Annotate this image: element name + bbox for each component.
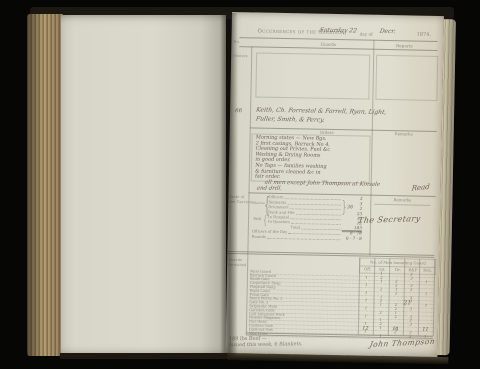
column-group-header: No. of Men mounting Guard	[370, 260, 426, 266]
handwritten-month: Decr.	[379, 28, 396, 35]
day-of-label: day of	[360, 31, 373, 36]
secretary-note: The Secretary	[357, 214, 421, 225]
names-line-2: Fuller, Smith, & Percy.	[255, 115, 325, 123]
pencil-notes: 189 lbs Beef — Issued this week, 6 Blank…	[229, 336, 303, 348]
book-gutter-shadow	[220, 13, 238, 357]
photo-of-ledger: { "header": { "title": "Occurrences of t…	[0, 0, 480, 369]
total-cell: 11	[418, 327, 433, 335]
left-page-bottom-shadow	[60, 353, 228, 359]
extra-rows: Officers of the Day8 · 78 Rounds6 · 7 · …	[252, 229, 362, 241]
total-cell	[403, 326, 418, 334]
names-line-1: Keith, Ch. Forrestal & Farrell, Ryan, Li…	[255, 106, 387, 115]
remarks-rule	[374, 204, 430, 206]
side-value: 21	[403, 299, 411, 306]
handwritten-day: Saturday 22	[319, 27, 358, 35]
blank-left-page	[61, 15, 226, 355]
printed-year: 1874.	[417, 32, 431, 38]
total-cell: 14	[388, 326, 403, 334]
effective-label: Effective	[252, 201, 265, 205]
pencil-note-2: Issued this week, 6 Blankets.	[228, 342, 303, 349]
total-cell	[373, 326, 388, 334]
approved-note: Read	[411, 183, 430, 193]
brace-decoration: {	[263, 213, 267, 227]
brace-decoration: }	[342, 197, 347, 216]
orders-lines: Morning states — New Bgs,2 first casings…	[255, 135, 330, 181]
subheader-remarks: Remarks	[374, 131, 434, 137]
group-total: 38	[347, 204, 353, 209]
sick-label: Sick	[253, 217, 261, 221]
signature: John Thompson	[369, 337, 436, 349]
reports-box	[375, 55, 438, 101]
remarks-header: Remarks	[372, 197, 432, 203]
total-label: Total	[291, 226, 300, 230]
right-page-wrap: Occurrences of the Garrison, Saturday 22…	[225, 12, 460, 366]
left-page-edges	[27, 14, 63, 356]
guards-box	[255, 52, 370, 99]
totals-row: 12 14 11	[358, 325, 433, 334]
form-page: Occurrences of the Garrison, Saturday 22…	[225, 12, 444, 357]
strength-table: { { } Effective Sick 38 Officers3 Serjea…	[252, 194, 363, 240]
exception-line-2: and drill.	[256, 186, 282, 192]
total-cell: 12	[358, 325, 373, 333]
